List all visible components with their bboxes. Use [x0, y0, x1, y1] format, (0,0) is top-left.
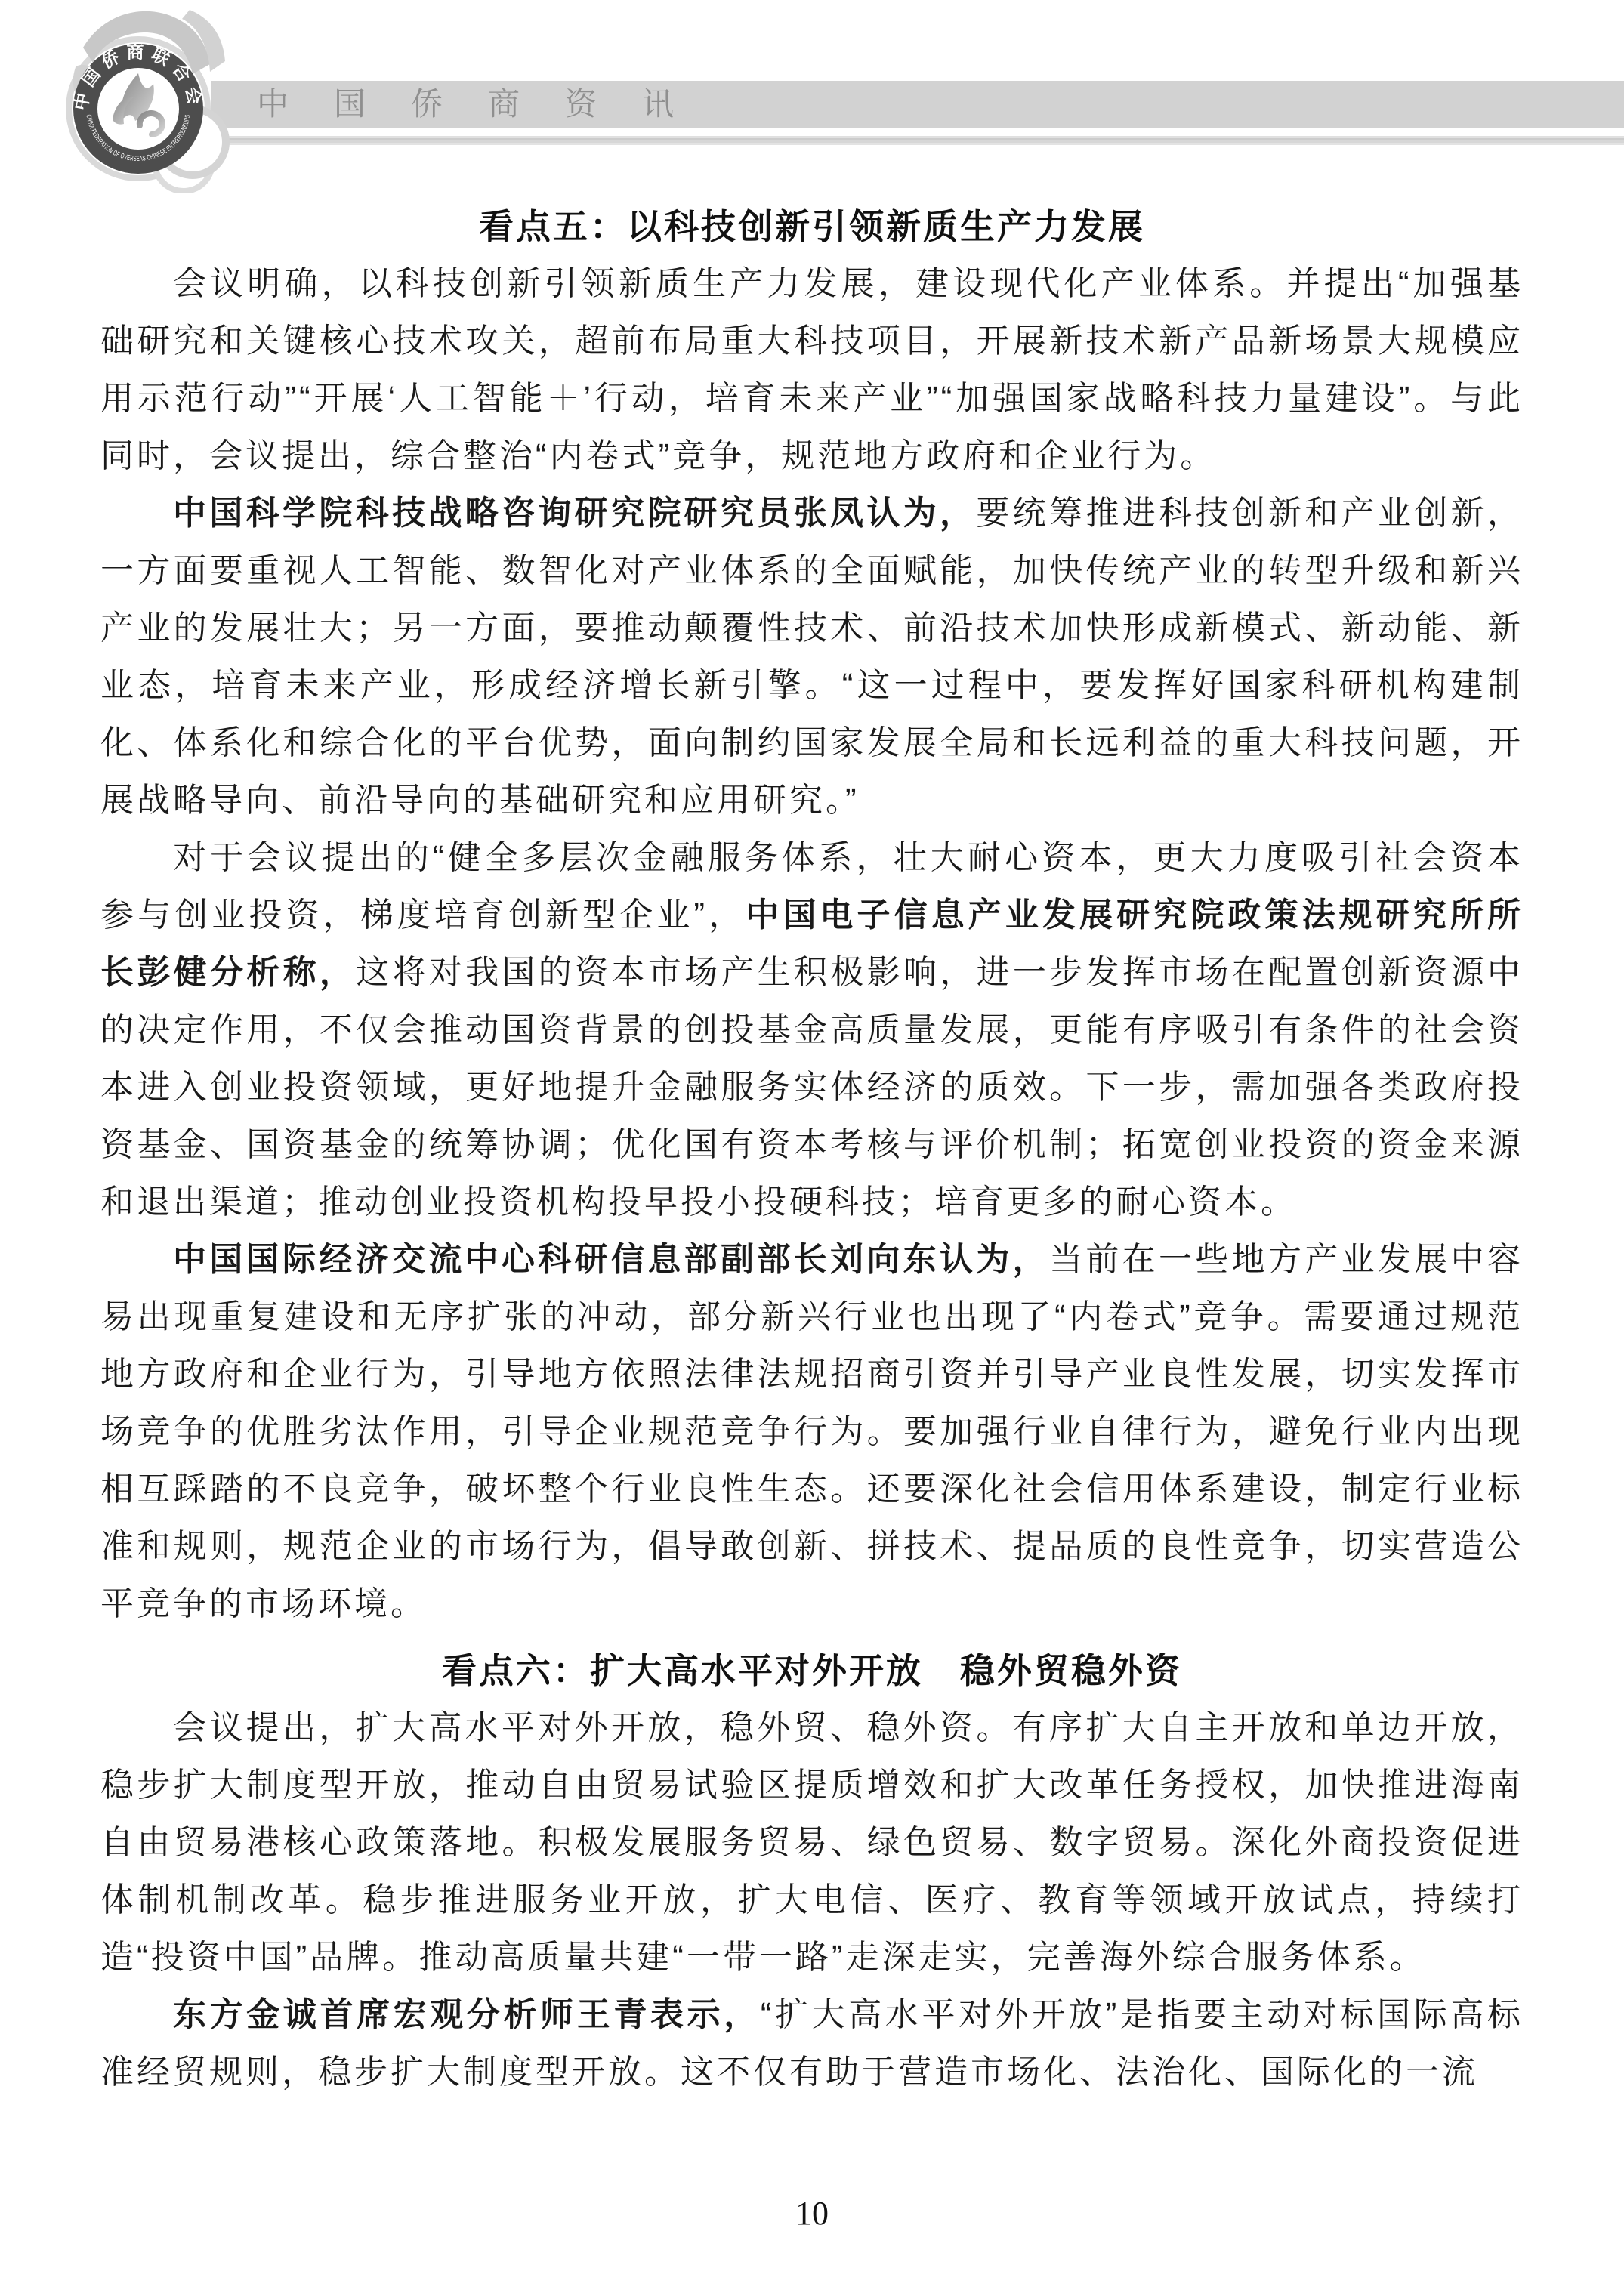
body-paragraph: 会议明确，以科技创新引领新质生产力发展，建设现代化产业体系。并提出“加强基础研究…: [100, 255, 1524, 485]
section-heading: 看点五：以科技创新引领新质生产力发展: [100, 198, 1524, 255]
body-paragraph: 会议提出，扩大高水平对外开放，稳外贸、稳外资。有序扩大自主开放和单边开放，稳步扩…: [100, 1699, 1524, 1986]
header-rule: [211, 136, 1624, 145]
article-body: 看点五：以科技创新引领新质生产力发展会议明确，以科技创新引领新质生产力发展，建设…: [100, 189, 1524, 2101]
federation-logo: 中国侨商联合会 CHINA FEDERATION OF OVERSEAS CHI…: [42, 4, 253, 193]
text-segment: 这将对我国的资本市场产生积极影响，进一步发挥市场在配置创新资源中的决定作用，不仅…: [100, 954, 1524, 1221]
page-number: 10: [0, 2194, 1624, 2233]
body-paragraph: 中国科学院科技战略咨询研究院研究员张凤认为，要统筹推进科技创新和产业创新，一方面…: [100, 485, 1524, 829]
text-segment: 会议明确，以科技创新引领新质生产力发展，建设现代化产业体系。并提出“加强基础研究…: [100, 265, 1524, 474]
header-bar: 中国侨商资讯: [211, 81, 1624, 128]
document-page: 中国侨商资讯: [0, 0, 1624, 2293]
speaker-attribution: 中国国际经济交流中心科研信息部副部长刘向东认为，: [173, 1241, 1049, 1278]
body-paragraph: 中国国际经济交流中心科研信息部副部长刘向东认为，当前在一些地方产业发展中容易出现…: [100, 1231, 1524, 1633]
speaker-attribution: 中国科学院科技战略咨询研究院研究员张凤认为，: [173, 495, 976, 532]
speaker-attribution: 东方金诚首席宏观分析师王青表示，: [173, 1996, 761, 2033]
body-paragraph: 对于会议提出的“健全多层次金融服务体系，壮大耐心资本，更大力度吸引社会资本参与创…: [100, 829, 1524, 1231]
text-segment: 会议提出，扩大高水平对外开放，稳外贸、稳外资。有序扩大自主开放和单边开放，稳步扩…: [100, 1709, 1524, 1976]
section-heading: 看点六：扩大高水平对外开放 稳外贸稳外资: [100, 1642, 1524, 1699]
text-segment: 当前在一些地方产业发展中容易出现重复建设和无序扩张的冲动，部分新兴行业也出现了“…: [100, 1241, 1524, 1622]
text-segment: 要统筹推进科技创新和产业创新，一方面要重视人工智能、数智化对产业体系的全面赋能，…: [100, 495, 1524, 819]
body-paragraph: 东方金诚首席宏观分析师王青表示，“扩大高水平对外开放”是指要主动对标国际高标准经…: [100, 1986, 1524, 2101]
masthead-title: 中国侨商资讯: [211, 81, 719, 128]
